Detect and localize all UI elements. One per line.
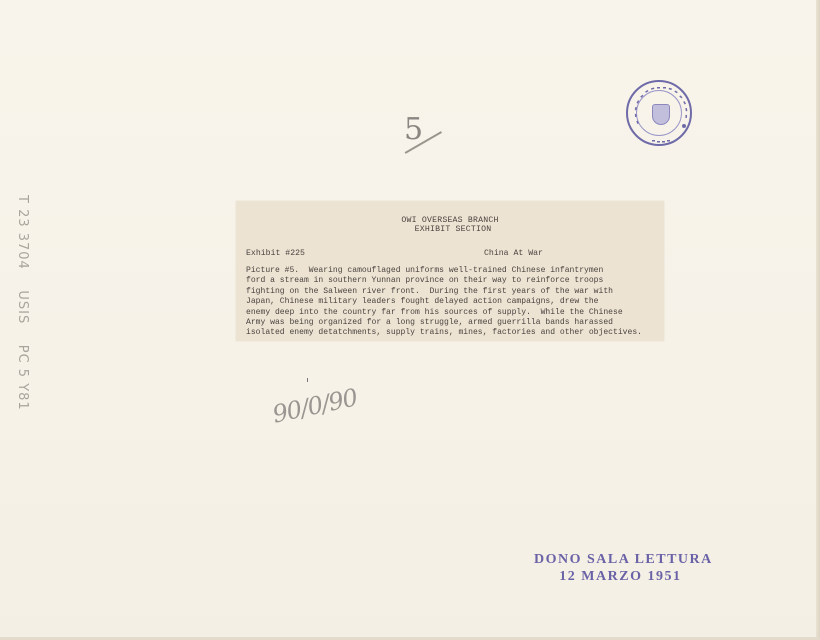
caption-line: fighting on the Salween river front. Dur… <box>246 287 613 296</box>
caption-line: Picture #5. Wearing camouflaged uniforms… <box>246 266 603 275</box>
coat-of-arms-shield-icon <box>652 104 670 125</box>
exhibit-series-title: China At War <box>484 249 543 260</box>
caption-header-section: EXHIBIT SECTION <box>239 225 667 236</box>
typed-caption-label: OWI OVERSEAS BRANCH EXHIBIT SECTION Exhi… <box>236 201 664 341</box>
library-donation-stamp: DONO SALA LETTURA 12 MARZO 1951 <box>534 551 713 585</box>
stamp-line-donation: DONO SALA LETTURA <box>534 551 713 568</box>
pencil-tick-mark <box>307 378 308 382</box>
caption-line: Army was being organized for a long stru… <box>246 318 613 327</box>
side-pencil-annotation: T 23 3704 USIS PC 5 Y81 <box>15 195 30 411</box>
caption-body: Picture #5. Wearing camouflaged uniforms… <box>246 266 661 339</box>
caption-line: enemy deep into the country far from his… <box>246 308 623 317</box>
stamp-line-date: 12 MARZO 1951 <box>528 568 713 585</box>
caption-line: isolated enemy detatchments, supply trai… <box>246 328 642 337</box>
caption-line: Japan, Chinese military leaders fought d… <box>246 297 599 306</box>
caption-line: ford a stream in southern Yunnan provinc… <box>246 276 603 285</box>
sheet-edge-right <box>816 0 820 640</box>
exhibit-number: Exhibit #225 <box>246 249 305 260</box>
round-seal-stamp <box>626 80 692 146</box>
